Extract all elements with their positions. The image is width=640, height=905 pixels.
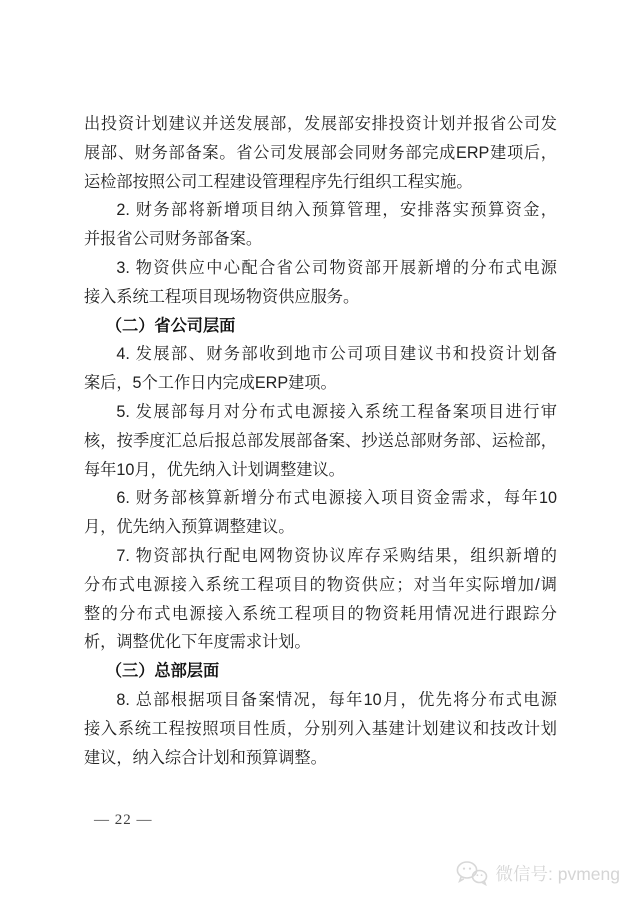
section-heading: （三）总部层面 [84, 657, 557, 686]
document-body: 出投资计划建议并送发展部，发展部安排投资计划并报省公司发展部、财务部备案。省公司… [84, 110, 557, 772]
text-line: 运检部按照公司工程建设管理程序先行组织工程实施。 [84, 168, 557, 197]
text-line: 6. 财务部核算新增分布式电源接入项目资金需求，每年10 [84, 484, 557, 513]
text-line: 并报省公司财务部备案。 [84, 225, 557, 254]
text-line: 展部、财务部备案。省公司发展部会同财务部完成ERP建项后， [84, 139, 557, 168]
document-page: 出投资计划建议并送发展部，发展部安排投资计划并报省公司发展部、财务部备案。省公司… [0, 0, 640, 905]
text-line: 2. 财务部将新增项目纳入预算管理，安排落实预算资金， [84, 196, 557, 225]
watermark: 微信号: pvmeng [455, 860, 620, 886]
text-line: 析，调整优化下年度需求计划。 [84, 628, 557, 657]
text-line: 接入系统工程项目现场物资供应服务。 [84, 283, 557, 312]
text-line: 出投资计划建议并送发展部，发展部安排投资计划并报省公司发 [84, 110, 557, 139]
text-line: 每年10月，优先纳入计划调整建议。 [84, 456, 557, 485]
text-line: 核，按季度汇总后报总部发展部备案、抄送总部财务部、运检部， [84, 427, 557, 456]
text-line: 月，优先纳入预算调整建议。 [84, 513, 557, 542]
text-line: 4. 发展部、财务部收到地市公司项目建议书和投资计划备 [84, 340, 557, 369]
wechat-icon [455, 860, 489, 886]
text-line: 5. 发展部每月对分布式电源接入系统工程备案项目进行审 [84, 398, 557, 427]
section-heading: （二）省公司层面 [84, 312, 557, 341]
text-line: 分布式电源接入系统工程项目的物资供应；对当年实际增加/调 [84, 571, 557, 600]
text-line: 案后，5个工作日内完成ERP建项。 [84, 369, 557, 398]
page-number: — 22 — [94, 812, 153, 829]
text-line: 7. 物资部执行配电网物资协议库存采购结果，组织新增的 [84, 542, 557, 571]
text-line: 8. 总部根据项目备案情况，每年10月，优先将分布式电源 [84, 686, 557, 715]
text-line: 3. 物资供应中心配合省公司物资部开展新增的分布式电源 [84, 254, 557, 283]
text-line: 建议，纳入综合计划和预算调整。 [84, 744, 557, 773]
text-line: 整的分布式电源接入系统工程项目的物资耗用情况进行跟踪分 [84, 600, 557, 629]
watermark-text: 微信号: pvmeng [496, 861, 620, 886]
text-line: 接入系统工程按照项目性质，分别列入基建计划建议和技改计划 [84, 715, 557, 744]
